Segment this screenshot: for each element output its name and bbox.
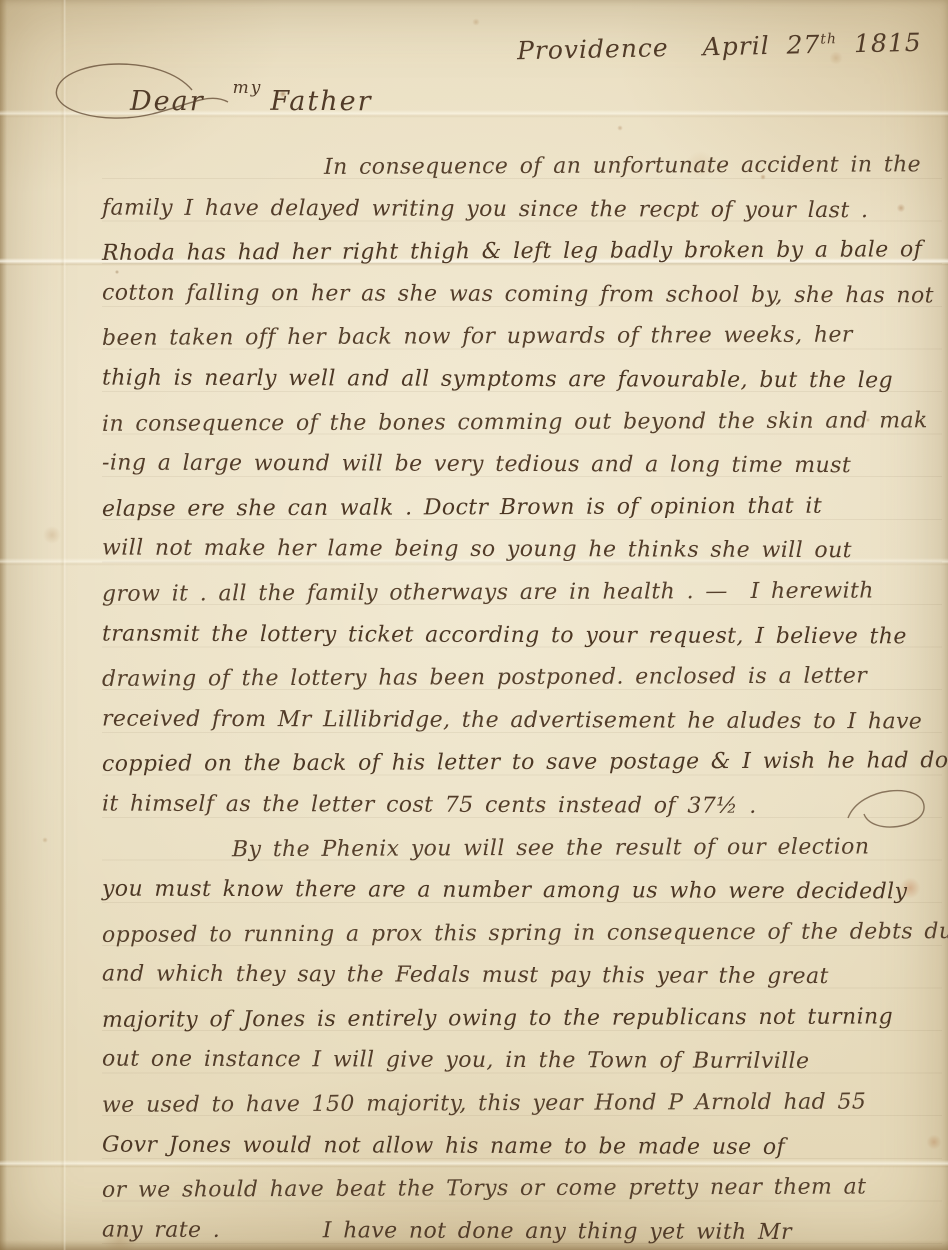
letter-line: we used to have 150 majority, this year … bbox=[102, 1081, 942, 1127]
letter-line: cotton falling on her as she was coming … bbox=[102, 272, 942, 318]
letter-line: or we should have beat the Torys or come… bbox=[102, 1166, 942, 1212]
letter-line: any rate . I have not done any thing yet… bbox=[102, 1209, 942, 1250]
letter-line: will not make her lame being so young he… bbox=[102, 528, 942, 574]
letter-line: it himself as the letter cost 75 cents i… bbox=[102, 783, 942, 829]
page-edge-left bbox=[0, 0, 7, 1250]
letter-line: been taken off her back now for upwards … bbox=[102, 315, 942, 361]
letter-line: In consequence of an unfortunate acciden… bbox=[102, 144, 942, 190]
letter-line: transmit the lottery ticket according to… bbox=[102, 613, 942, 659]
fold-crease-vertical bbox=[60, 0, 66, 1250]
dateline: ProvidenceApril 27th 1815 bbox=[517, 28, 922, 65]
dateline-year: 1815 bbox=[854, 28, 922, 58]
letter-line: majority of Jones is entirely owing to t… bbox=[102, 996, 942, 1042]
salutation-inserted-word: my bbox=[233, 78, 263, 98]
letter-line: received from Mr Lillibridge, the advert… bbox=[102, 698, 942, 744]
letter-line: By the Phenix you will see the result of… bbox=[102, 826, 942, 872]
letter-line: elapse ere she can walk . Doctr Brown is… bbox=[102, 485, 942, 531]
salutation-father: Father bbox=[270, 86, 372, 117]
letter-line: family I have delayed writing you since … bbox=[102, 187, 942, 233]
salutation: DearmyFather bbox=[130, 86, 373, 117]
letter-line: and which they say the Fedals must pay t… bbox=[102, 954, 942, 1000]
letter-line: coppied on the back of his letter to sav… bbox=[102, 740, 942, 786]
letter-line: -ing a large wound will be very tedious … bbox=[102, 443, 942, 489]
letter-line: grow it . all the family otherways are i… bbox=[102, 570, 942, 616]
letter-line: Rhoda has had her right thigh & left leg… bbox=[102, 229, 942, 275]
letter-page: ProvidenceApril 27th 1815 DearmyFather I… bbox=[0, 0, 948, 1250]
letter-line: Govr Jones would not allow his name to b… bbox=[102, 1124, 942, 1170]
letter-line: opposed to running a prox this spring in… bbox=[102, 911, 942, 957]
dateline-ordinal: th bbox=[820, 31, 837, 47]
letter-line: drawing of the lottery has been postpone… bbox=[102, 655, 942, 701]
letter-line: out one instance I will give you, in the… bbox=[102, 1039, 942, 1085]
letter-line: in consequence of the bones comming out … bbox=[102, 400, 942, 446]
dateline-place: Providence bbox=[517, 33, 669, 65]
letter-line: you must know there are a number among u… bbox=[102, 869, 942, 915]
letter-line: thigh is nearly well and all symptoms ar… bbox=[102, 358, 942, 404]
dateline-date: April 27 bbox=[703, 30, 821, 61]
salutation-dear: Dear bbox=[130, 86, 205, 117]
letter-body: In consequence of an unfortunate acciden… bbox=[102, 146, 942, 1250]
